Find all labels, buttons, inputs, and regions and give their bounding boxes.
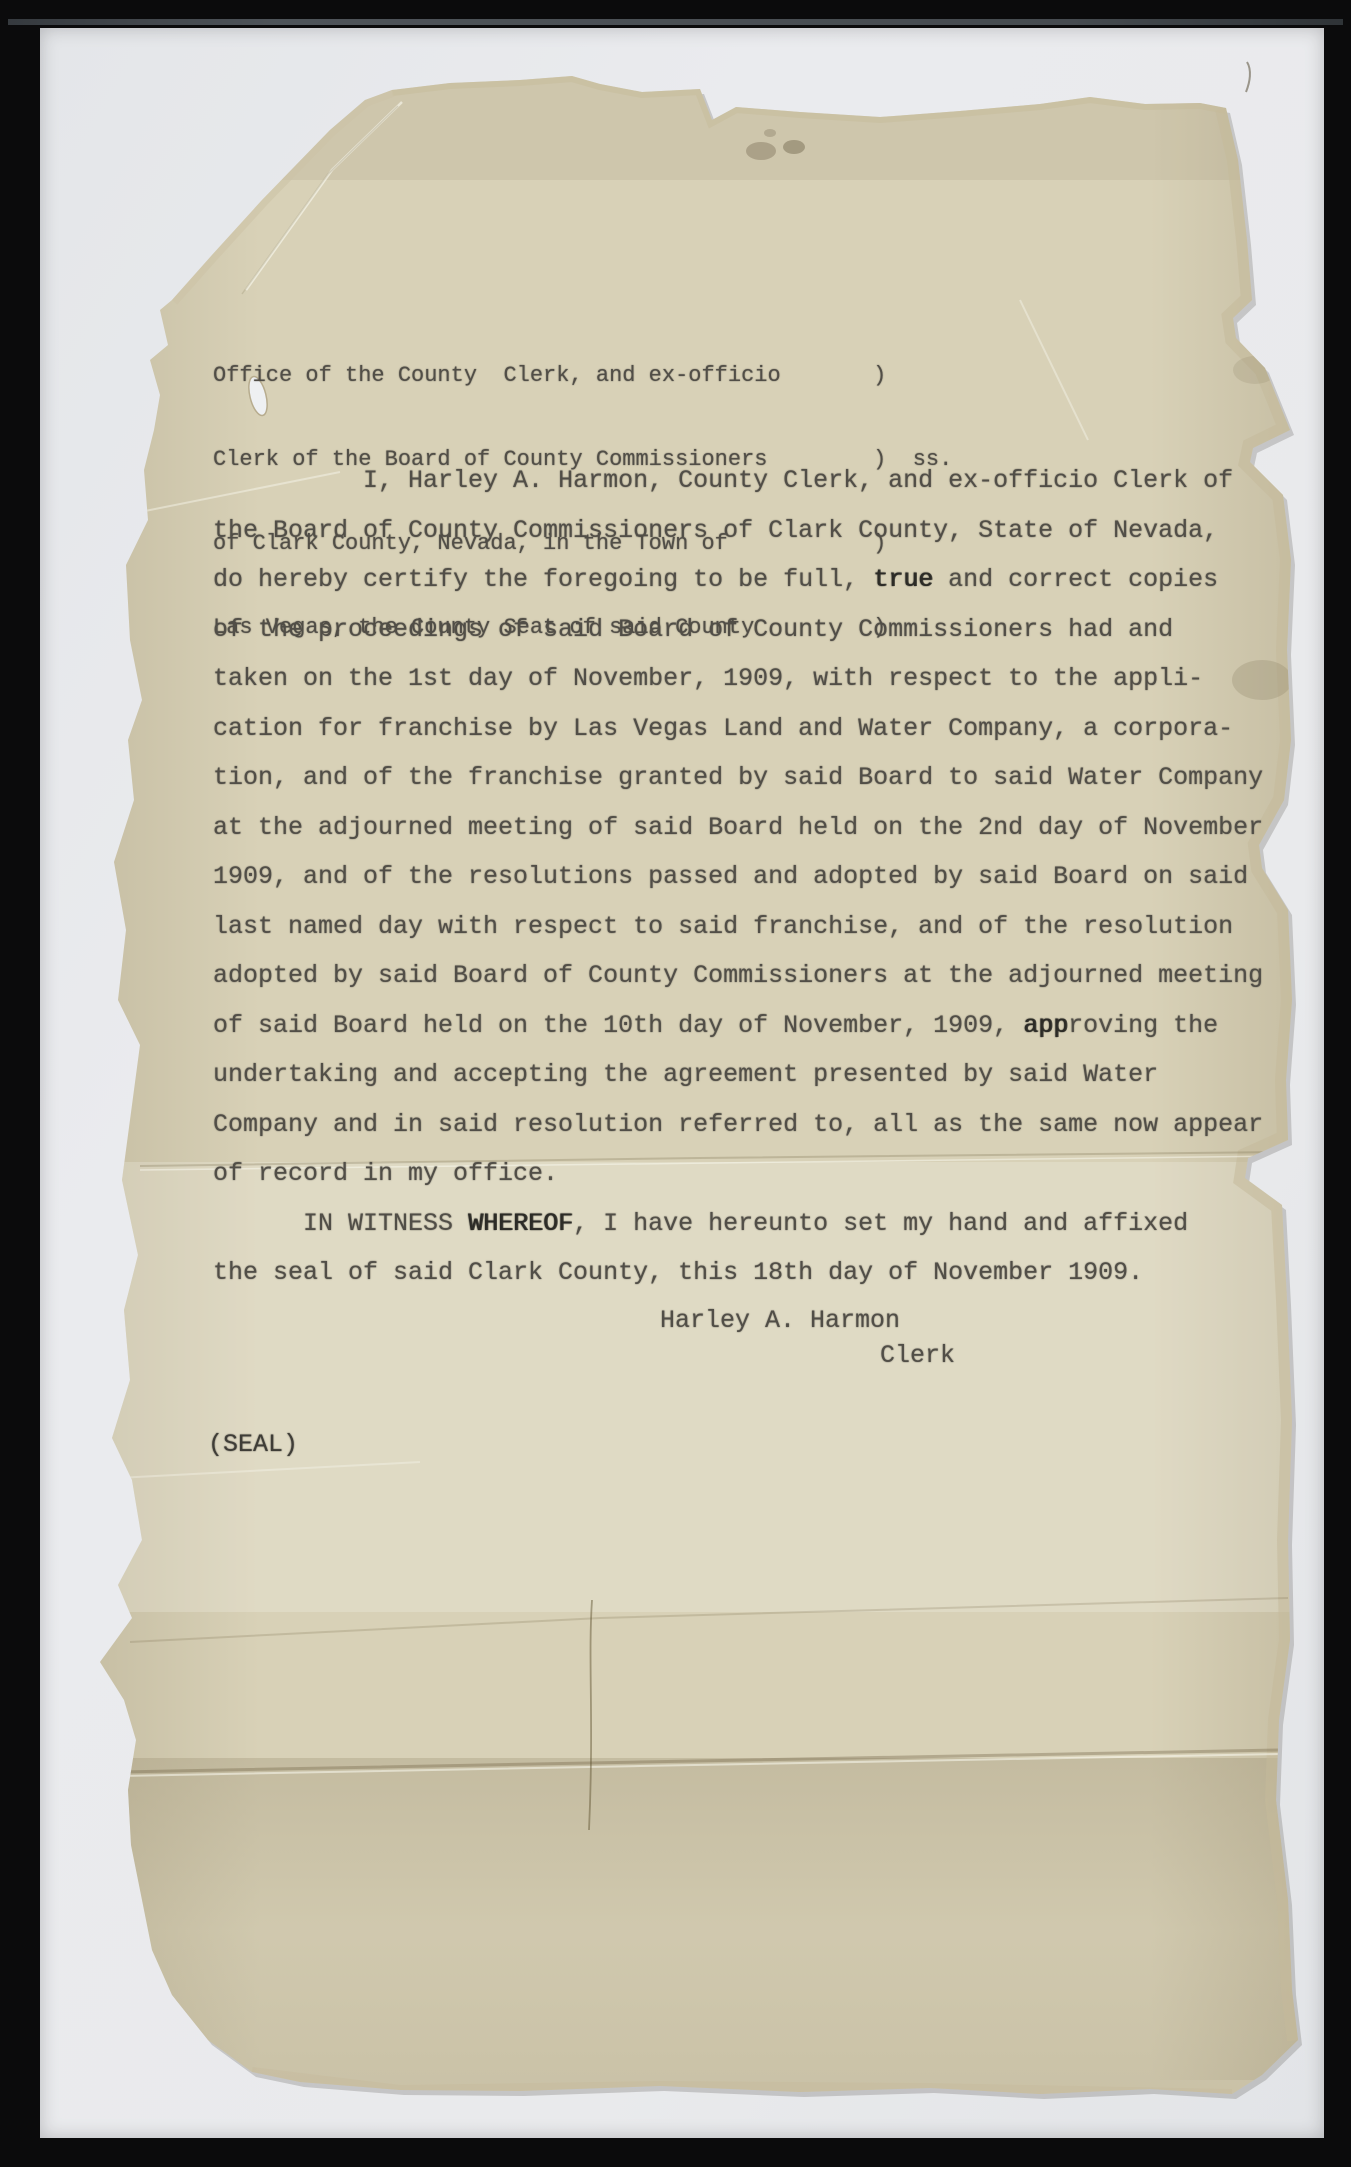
body-line: the seal of said Clark County, this 18th…: [213, 1258, 1143, 1288]
body-text: at the adjourned meeting of said Board h…: [213, 813, 1263, 842]
body-text: of record in my office.: [213, 1159, 558, 1188]
body-text: , I have hereunto set my hand and affixe…: [573, 1209, 1188, 1238]
body-line: of the proceedings of said Board of Coun…: [213, 615, 1173, 645]
body-text: roving the: [1068, 1011, 1218, 1040]
body-text: undertaking and accepting the agreement …: [213, 1060, 1158, 1089]
body-text: Company and in said resolution referred …: [213, 1110, 1263, 1139]
seal-label: (SEAL): [208, 1430, 298, 1459]
overstruck-text: app: [1023, 1011, 1068, 1040]
overstruck-text: true: [873, 565, 933, 594]
body-line: tion, and of the franchise granted by sa…: [213, 763, 1263, 793]
body-text: last named day with respect to said fran…: [213, 912, 1233, 941]
body-line: adopted by said Board of County Commissi…: [213, 961, 1263, 991]
body-text: and correct copies: [933, 565, 1218, 594]
body-text: 1909, and of the resolutions passed and …: [213, 862, 1248, 891]
body-line: taken on the 1st day of November, 1909, …: [213, 664, 1203, 694]
overstruck-text: WHEREOF: [468, 1209, 573, 1238]
body-text: of said Board held on the 10th day of No…: [213, 1011, 1023, 1040]
signature-name: Harley A. Harmon: [660, 1306, 900, 1335]
body-line: undertaking and accepting the agreement …: [213, 1060, 1158, 1090]
body-line: 1909, and of the resolutions passed and …: [213, 862, 1248, 892]
body-text: of the proceedings of said Board of Coun…: [213, 615, 1173, 644]
body-line: last named day with respect to said fran…: [213, 912, 1233, 942]
body-line: I, Harley A. Harmon, County Clerk, and e…: [213, 466, 1233, 496]
body-line: at the adjourned meeting of said Board h…: [213, 813, 1263, 843]
body-text: tion, and of the franchise granted by sa…: [213, 763, 1263, 792]
typewritten-text-layer: Office of the County Clerk, and ex-offic…: [0, 0, 1351, 2167]
body-text: the Board of County Commissioners of Cla…: [213, 516, 1218, 545]
body-text: IN WITNESS: [303, 1209, 468, 1238]
body-line: Company and in said resolution referred …: [213, 1110, 1263, 1140]
body-line: do hereby certify the foregoing to be fu…: [213, 565, 1218, 595]
body-line: IN WITNESS WHEREOF, I have hereunto set …: [213, 1209, 1188, 1239]
body-text: cation for franchise by Las Vegas Land a…: [213, 714, 1233, 743]
body-text: adopted by said Board of County Commissi…: [213, 961, 1263, 990]
body-line: cation for franchise by Las Vegas Land a…: [213, 714, 1233, 744]
signature-title: Clerk: [880, 1341, 955, 1370]
document-scan: Office of the County Clerk, and ex-offic…: [0, 0, 1351, 2167]
body-text: the seal of said Clark County, this 18th…: [213, 1258, 1143, 1287]
header-line: Office of the County Clerk, and ex-offic…: [213, 362, 952, 390]
body-text: I, Harley A. Harmon, County Clerk, and e…: [363, 466, 1233, 495]
body-text: do hereby certify the foregoing to be fu…: [213, 565, 873, 594]
body-line: of record in my office.: [213, 1159, 558, 1189]
body-line: the Board of County Commissioners of Cla…: [213, 516, 1218, 546]
body-text: taken on the 1st day of November, 1909, …: [213, 664, 1203, 693]
body-line: of said Board held on the 10th day of No…: [213, 1011, 1218, 1041]
